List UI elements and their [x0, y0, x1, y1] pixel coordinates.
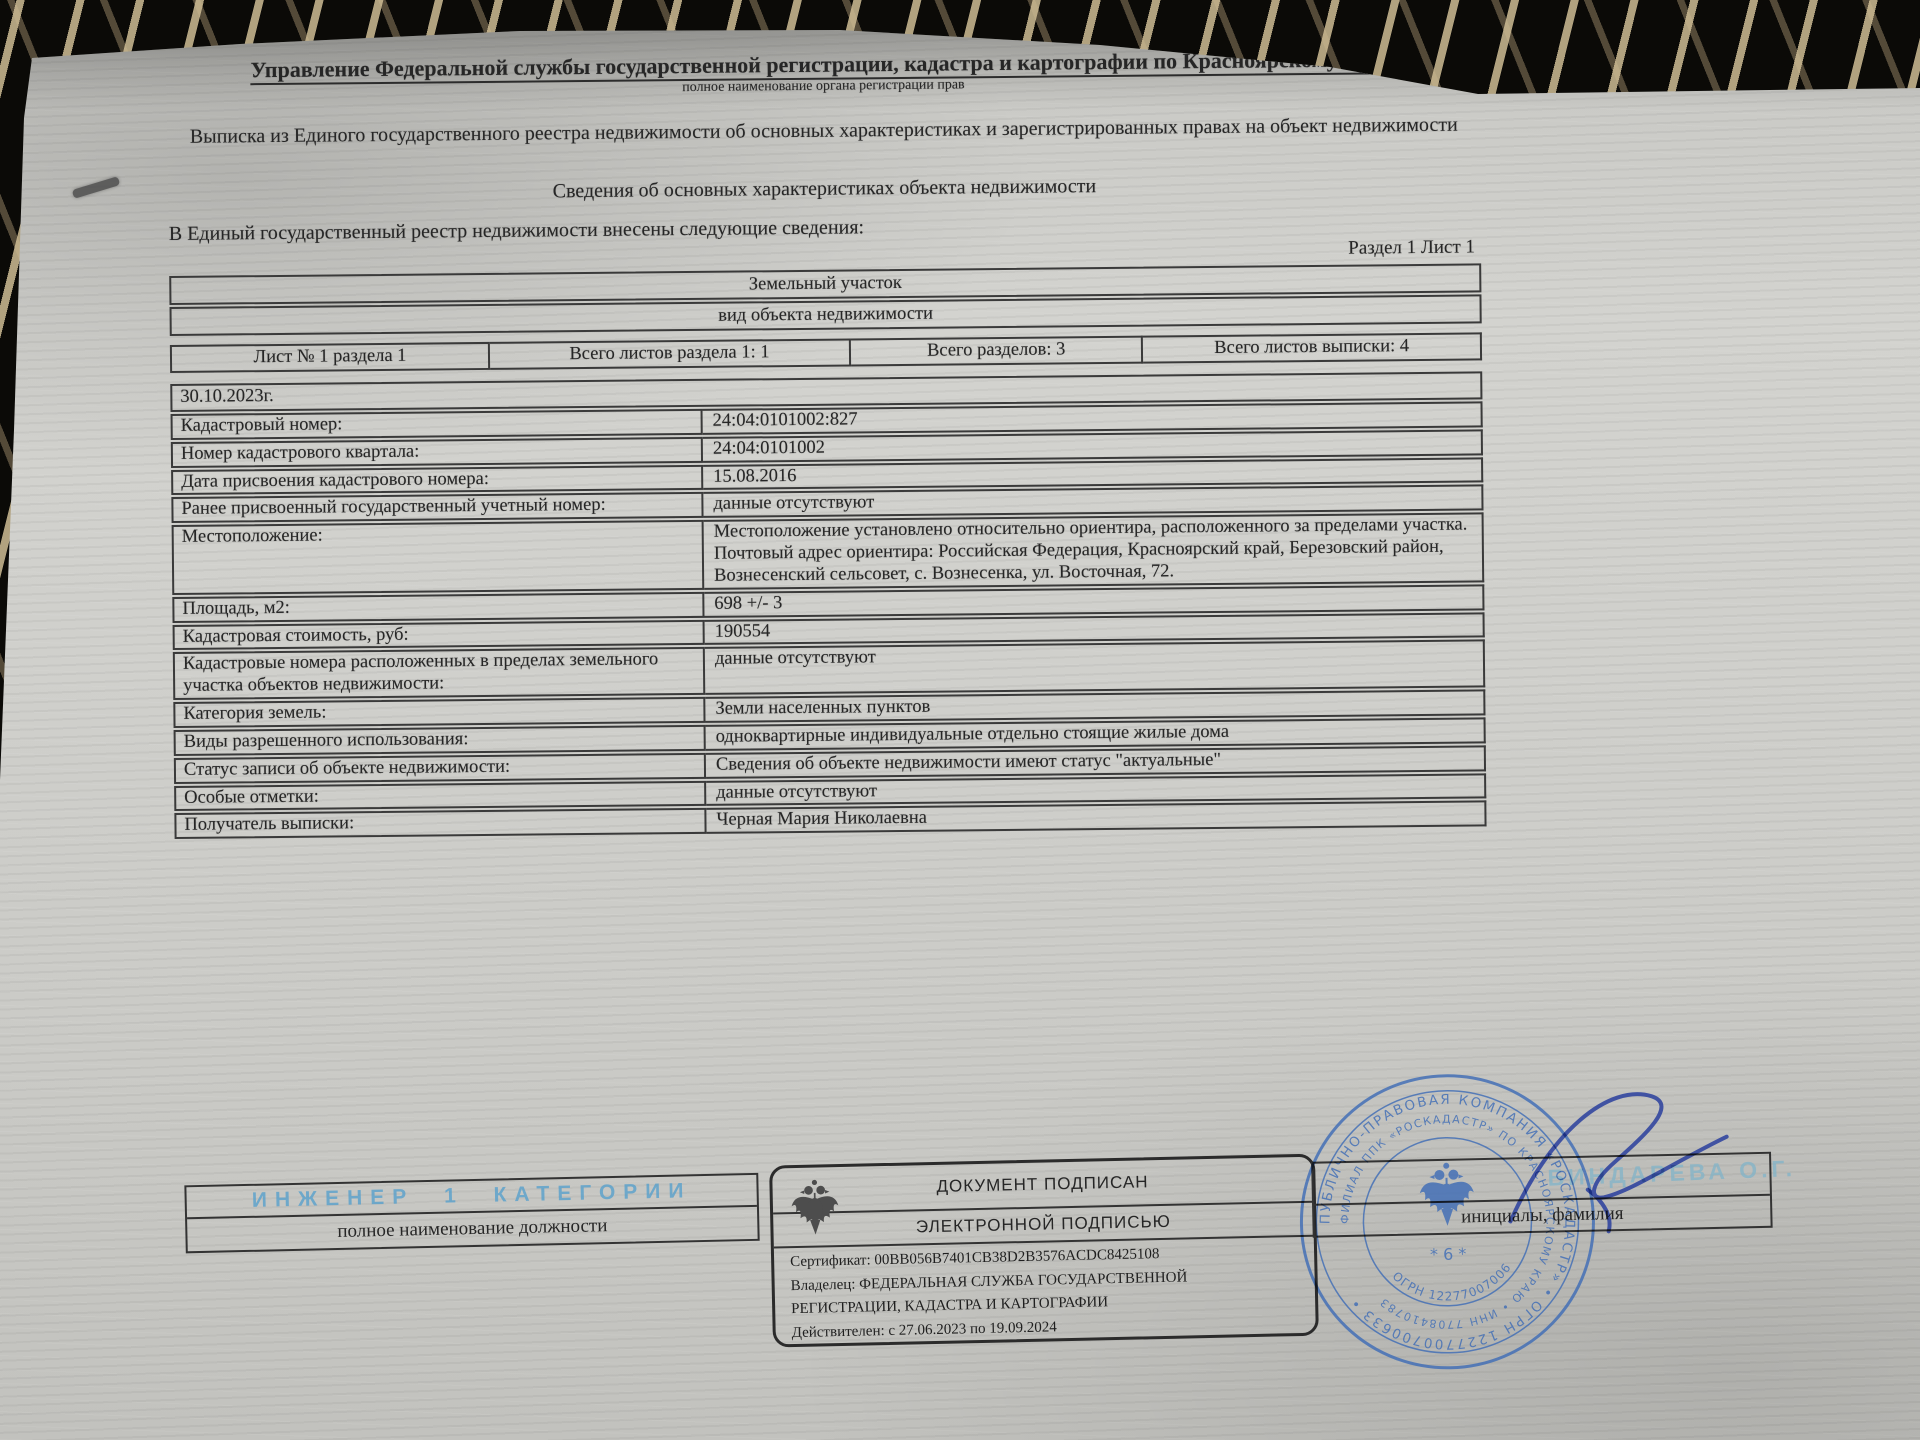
document-sheet: Управление Федеральной службы государств…	[0, 0, 1920, 1440]
position-box: ИНЖЕНЕР 1 КАТЕГОРИИ полное наименование …	[184, 1173, 759, 1254]
signature-section: ИНЖЕНЕР 1 КАТЕГОРИИ полное наименование …	[0, 0, 1920, 1440]
position-stamp-text: ИНЖЕНЕР 1 КАТЕГОРИИ	[252, 1179, 692, 1213]
stamp-eagle-icon	[1419, 1162, 1474, 1226]
esign-details: Сертификат: 00BB056B7401CB38D2B3576ACDC8…	[774, 1237, 1316, 1353]
coat-of-arms-icon	[788, 1175, 841, 1240]
signature-ink	[1489, 1065, 1793, 1261]
stamp-center-number: * 6 *	[1430, 1244, 1467, 1264]
electronic-signature-box: ДОКУМЕНТ ПОДПИСАН ЭЛЕКТРОННОЙ ПОДПИСЬЮ С…	[769, 1154, 1319, 1348]
